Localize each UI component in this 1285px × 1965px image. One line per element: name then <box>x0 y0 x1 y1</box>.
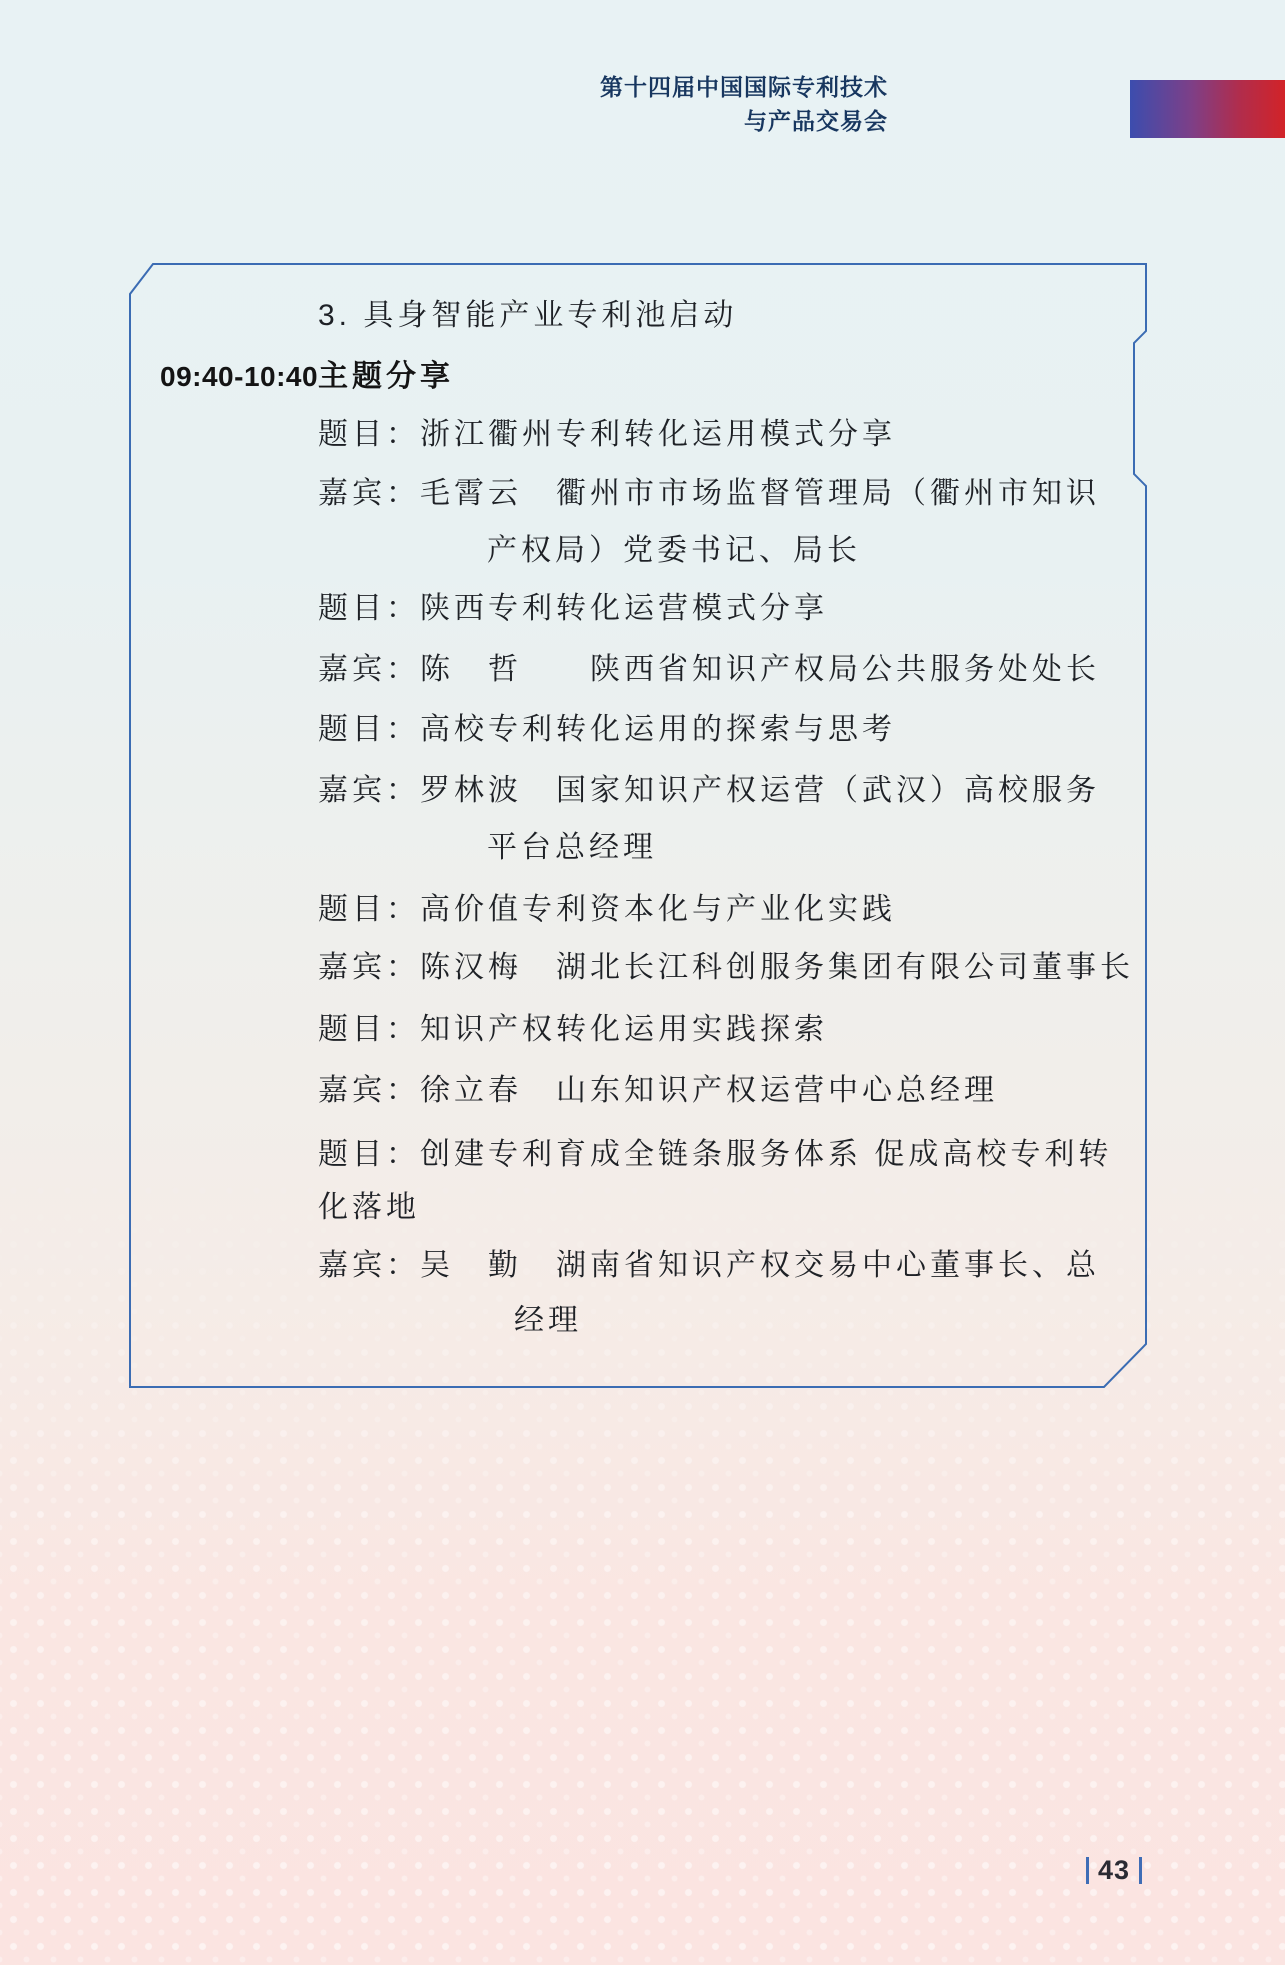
guest-line: 嘉宾：徐立春 山东知识产权运营中心总经理 <box>318 1069 998 1113</box>
topic-line: 题目：浙江衢州专利转化运用模式分享 <box>318 413 896 457</box>
document-page: 第十四届中国国际专利技术 与产品交易会 3. 具身智能产业专利池启动 09:40… <box>0 0 1285 1965</box>
continuation-line: 平台总经理 <box>487 826 657 870</box>
topic-line: 题目：知识产权转化运用实践探索 <box>318 1008 828 1052</box>
guest-line: 嘉宾：毛霄云 衢州市市场监督管理局（衢州市知识 <box>318 472 1100 516</box>
page-number-right-bar <box>1139 1857 1142 1884</box>
session-title: 主题分享 <box>318 355 454 399</box>
page-number-value: 43 <box>1098 1855 1130 1886</box>
topic-line: 题目：创建专利育成全链条服务体系 促成高校专利转 <box>318 1133 1112 1177</box>
topic-line: 题目：陕西专利转化运营模式分享 <box>318 587 828 631</box>
time-range: 09:40-10:40 <box>160 355 318 399</box>
page-number-left-bar <box>1086 1857 1089 1884</box>
page-number: 43 <box>1086 1855 1142 1886</box>
continuation-line: 经理 <box>514 1299 582 1343</box>
continuation-line: 化落地 <box>318 1186 420 1230</box>
guest-line: 嘉宾：陈汉梅 湖北长江科创服务集团有限公司董事长 <box>318 946 1134 990</box>
topic-line: 题目：高校专利转化运用的探索与思考 <box>318 708 896 752</box>
guest-line: 嘉宾：吴 勤 湖南省知识产权交易中心董事长、总 <box>318 1244 1100 1288</box>
guest-line: 嘉宾：陈 哲 陕西省知识产权局公共服务处处长 <box>318 648 1100 692</box>
topic-line: 题目：高价值专利资本化与产业化实践 <box>318 888 896 932</box>
agenda-item-title: 3. 具身智能产业专利池启动 <box>318 294 737 338</box>
guest-line: 嘉宾：罗林波 国家知识产权运营（武汉）高校服务 <box>318 769 1100 813</box>
continuation-line: 产权局）党委书记、局长 <box>487 529 861 573</box>
